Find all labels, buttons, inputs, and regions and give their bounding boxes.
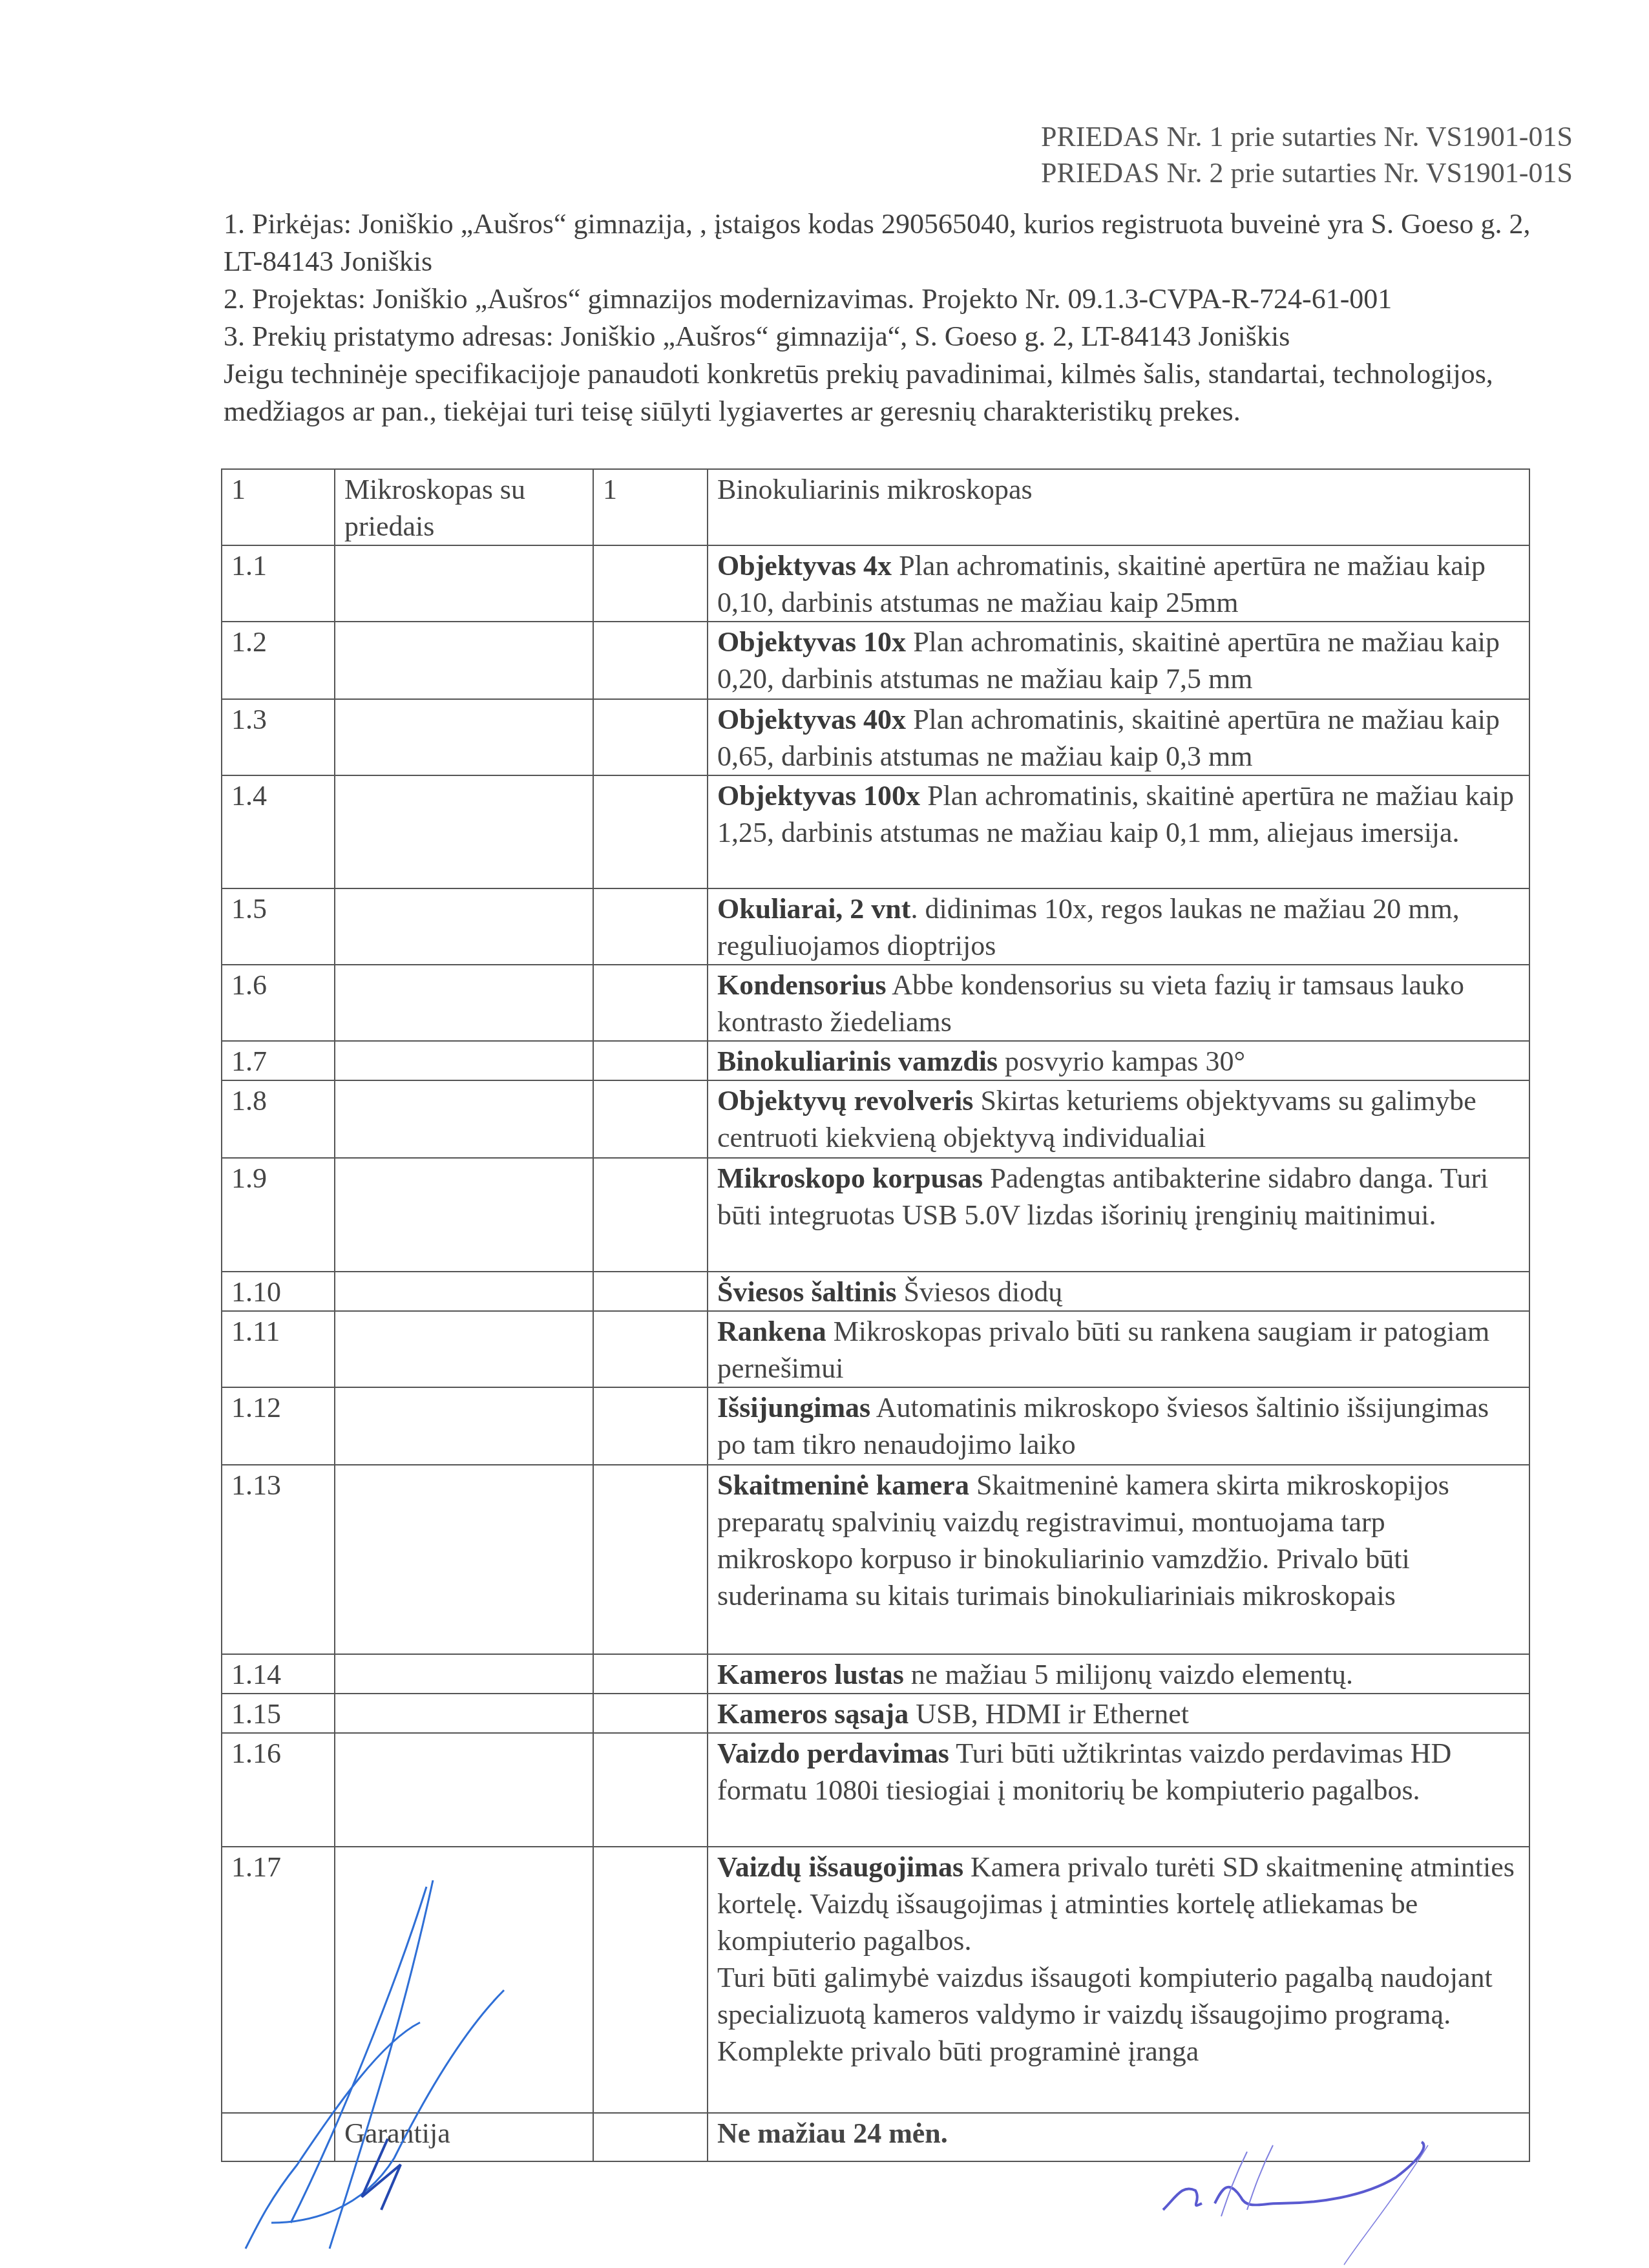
spec-title: Mikroskopo korpusas xyxy=(717,1162,983,1194)
table-row: 1.14 Kameros lustas ne mažiau 5 milijonų… xyxy=(222,1654,1529,1694)
table-row: 1.6 Kondensorius Abbe kondensorius su vi… xyxy=(222,965,1529,1041)
spec-cell: Rankena Mikroskopas privalo būti su rank… xyxy=(708,1311,1529,1387)
table-row: 1.4 Objektyvas 100x Plan achromatinis, s… xyxy=(222,775,1529,888)
equivalence-note: Jeigu techninėje specifikacijoje panaudo… xyxy=(224,355,1542,430)
row-number: 1.10 xyxy=(222,1272,335,1311)
row-number: 1.12 xyxy=(222,1387,335,1465)
project-info: 2. Projektas: Joniškio „Aušros“ gimnazij… xyxy=(224,280,1542,318)
warranty-label: Garantija xyxy=(335,2113,593,2161)
spec-cell: Mikroskopo korpusas Padengtas antibakter… xyxy=(708,1158,1529,1272)
spec-title: Vaizdų išsaugojimas xyxy=(717,1851,963,1883)
table-row: 1.11 Rankena Mikroskopas privalo būti su… xyxy=(222,1311,1529,1387)
spec-text: ne mažiau 5 milijonų vaizdo elementų. xyxy=(904,1659,1353,1690)
spec-text: USB, HDMI ir Ethernet xyxy=(909,1698,1189,1730)
table-row: 1.12 Išsijungimas Automatinis mikroskopo… xyxy=(222,1387,1529,1465)
spec-text-software: Turi būti galimybė vaizdus išsaugoti kom… xyxy=(717,1962,1493,2030)
spec-title: Objektyvas 100x xyxy=(717,780,920,812)
spec-title: Objektyvų revolveris xyxy=(717,1085,973,1117)
spec-text: Mikroskopas privalo būti su rankena saug… xyxy=(717,1316,1489,1384)
row-number: 1.17 xyxy=(222,1847,335,2113)
spec-title: Binokuliarinis vamzdis xyxy=(717,1045,998,1077)
spec-cell: Kameros sąsaja USB, HDMI ir Ethernet xyxy=(708,1694,1529,1733)
table-row: 1.17 Vaizdų išsaugojimas Kamera privalo … xyxy=(222,1847,1529,2113)
spec-title: Vaizdo perdavimas xyxy=(717,1738,949,1769)
table-row-main: 1 Mikroskopas su priedais 1 Binokuliarin… xyxy=(222,469,1529,545)
row-number: 1.9 xyxy=(222,1158,335,1272)
delivery-address: 3. Prekių pristatymo adresas: Joniškio „… xyxy=(224,318,1542,355)
spec-title: Šviesos šaltinis xyxy=(717,1276,897,1308)
spec-cell: Objektyvas 40x Plan achromatinis, skaiti… xyxy=(708,699,1529,775)
table-row: 1.16 Vaizdo perdavimas Turi būti užtikri… xyxy=(222,1733,1529,1847)
spec-title: Kameros sąsaja xyxy=(717,1698,909,1730)
spec-title: Objektyvas 40x xyxy=(717,704,906,735)
row-number: 1.16 xyxy=(222,1733,335,1847)
spec-cell: Binokuliarinis vamzdis posvyrio kampas 3… xyxy=(708,1041,1529,1080)
spec-title: Skaitmeninė kamera xyxy=(717,1469,969,1501)
spec-cell: Objektyvų revolveris Skirtas keturiems o… xyxy=(708,1080,1529,1158)
row-number: 1.7 xyxy=(222,1041,335,1080)
table-row: 1.7 Binokuliarinis vamzdis posvyrio kamp… xyxy=(222,1041,1529,1080)
spec-cell: Objektyvas 10x Plan achromatinis, skaiti… xyxy=(708,622,1529,699)
spec-cell: Vaizdo perdavimas Turi būti užtikrintas … xyxy=(708,1733,1529,1847)
annex-header-1: PRIEDAS Nr. 1 prie sutarties Nr. VS1901-… xyxy=(1041,118,1573,156)
table-row: 1.3 Objektyvas 40x Plan achromatinis, sk… xyxy=(222,699,1529,775)
table-row: 1.15 Kameros sąsaja USB, HDMI ir Etherne… xyxy=(222,1694,1529,1733)
table-row: 1.1 Objektyvas 4x Plan achromatinis, ska… xyxy=(222,545,1529,622)
row-number: 1.14 xyxy=(222,1654,335,1694)
row-number: 1.3 xyxy=(222,699,335,775)
spec-title: Kameros lustas xyxy=(717,1659,904,1690)
item-quantity: 1 xyxy=(593,469,708,545)
row-number: 1.6 xyxy=(222,965,335,1041)
spec-text-package: Komplekte privalo būti programinė įranga xyxy=(717,2035,1199,2067)
row-number: 1.15 xyxy=(222,1694,335,1733)
warranty-value: Ne mažiau 24 mėn. xyxy=(708,2113,1529,2161)
row-number: 1.8 xyxy=(222,1080,335,1158)
spec-text: Šviesos diodų xyxy=(897,1276,1063,1308)
buyer-info: 1. Pirkėjas: Joniškio „Aušros“ gimnazija… xyxy=(224,205,1542,280)
table-row: 1.9 Mikroskopo korpusas Padengtas antiba… xyxy=(222,1158,1529,1272)
row-number: 1 xyxy=(222,469,335,545)
row-number: 1.4 xyxy=(222,775,335,888)
spec-cell: Šviesos šaltinis Šviesos diodų xyxy=(708,1272,1529,1311)
table-row-warranty: Garantija Ne mažiau 24 mėn. xyxy=(222,2113,1529,2161)
spec-title: Okuliarai, 2 vnt xyxy=(717,893,911,925)
table-row: 1.2 Objektyvas 10x Plan achromatinis, sk… xyxy=(222,622,1529,699)
row-number: 1.13 xyxy=(222,1465,335,1654)
spec-title: Kondensorius xyxy=(717,969,887,1001)
spec-cell: Vaizdų išsaugojimas Kamera privalo turėt… xyxy=(708,1847,1529,2113)
document-page: PRIEDAS Nr. 1 prie sutarties Nr. VS1901-… xyxy=(0,0,1649,2268)
spec-cell: Okuliarai, 2 vnt. didinimas 10x, regos l… xyxy=(708,888,1529,965)
annex-header-2: PRIEDAS Nr. 2 prie sutarties Nr. VS1901-… xyxy=(1041,154,1573,193)
item-name: Mikroskopas su priedais xyxy=(335,469,593,545)
row-number: 1.11 xyxy=(222,1311,335,1387)
spec-title: Objektyvas 4x xyxy=(717,550,892,582)
intro-section: 1. Pirkėjas: Joniškio „Aušros“ gimnazija… xyxy=(224,205,1542,430)
row-number: 1.1 xyxy=(222,545,335,622)
spec-title: Išsijungimas xyxy=(717,1392,870,1423)
spec-title: Objektyvas 10x xyxy=(717,626,906,658)
specification-table: 1 Mikroskopas su priedais 1 Binokuliarin… xyxy=(221,468,1530,2162)
table-row: 1.8 Objektyvų revolveris Skirtas keturie… xyxy=(222,1080,1529,1158)
spec-cell: Išsijungimas Automatinis mikroskopo švie… xyxy=(708,1387,1529,1465)
table-row: 1.5 Okuliarai, 2 vnt. didinimas 10x, reg… xyxy=(222,888,1529,965)
spec-cell: Objektyvas 100x Plan achromatinis, skait… xyxy=(708,775,1529,888)
item-description: Binokuliarinis mikroskopas xyxy=(708,469,1529,545)
spec-cell: Skaitmeninė kamera Skaitmeninė kamera sk… xyxy=(708,1465,1529,1654)
row-number: 1.5 xyxy=(222,888,335,965)
spec-cell: Kameros lustas ne mažiau 5 milijonų vaiz… xyxy=(708,1654,1529,1694)
row-number: 1.2 xyxy=(222,622,335,699)
spec-cell: Kondensorius Abbe kondensorius su vieta … xyxy=(708,965,1529,1041)
spec-title: Rankena xyxy=(717,1316,826,1347)
spec-cell: Objektyvas 4x Plan achromatinis, skaitin… xyxy=(708,545,1529,622)
table-row: 1.10 Šviesos šaltinis Šviesos diodų xyxy=(222,1272,1529,1311)
spec-text: posvyrio kampas 30° xyxy=(998,1045,1245,1077)
table-row: 1.13 Skaitmeninė kamera Skaitmeninė kame… xyxy=(222,1465,1529,1654)
